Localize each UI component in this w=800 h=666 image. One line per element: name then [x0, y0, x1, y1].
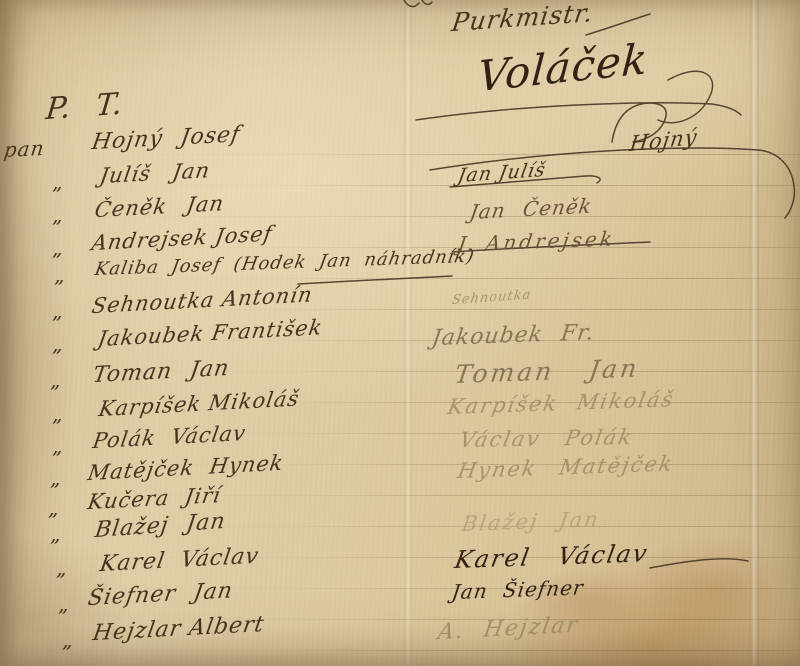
member-name: Andrejsek Josef	[90, 221, 274, 255]
ditto-mark: „	[52, 332, 63, 356]
member-signature: Václav Polák	[458, 425, 636, 452]
row-prefix: pan	[3, 136, 47, 162]
ditto-mark: „	[52, 203, 63, 227]
member-signature: Hynek Matějček	[456, 451, 676, 483]
mayor-signature: Voláček	[476, 34, 650, 102]
ditto-mark: „	[52, 170, 63, 194]
member-signature: Toman Jan	[453, 353, 641, 389]
ditto-mark: „	[52, 236, 63, 260]
member-signature: Jan Šiefner	[450, 575, 585, 604]
member-name: Karpíšek Mikoláš	[97, 386, 301, 421]
top-cut-stroke	[404, 0, 432, 7]
ruled-line	[0, 154, 800, 155]
ruled-line	[0, 650, 800, 651]
member-signature: A. Hejzlar	[436, 612, 581, 645]
volacek-loop-flourish	[658, 71, 713, 122]
ditto-mark: „	[48, 496, 59, 520]
member-name: Julíš Jan	[98, 158, 212, 188]
member-name: Polák Václav	[91, 421, 248, 453]
fold-crease	[750, 0, 759, 666]
member-name: Čeněk Jan	[93, 191, 226, 222]
member-signature: Jan Čeněk	[468, 193, 594, 224]
ditto-mark: „	[50, 522, 61, 546]
ditto-mark: „	[54, 263, 65, 287]
member-name: Matějček Hynek	[86, 451, 285, 485]
ditto-mark: „	[52, 299, 63, 323]
member-signature: J. Andrejsek	[456, 226, 616, 256]
scanned-document-page: P. T. Purkmistr. Voláček pan „ „ „ „ „ „…	[0, 0, 800, 666]
purkmistr-tail-flourish	[586, 14, 650, 35]
member-name: Hojný Josef	[90, 122, 242, 155]
ditto-mark: „	[58, 592, 69, 616]
karel-tail-flourish	[650, 559, 748, 568]
fold-crease	[404, 0, 412, 666]
member-name: Hejzlar Albert	[91, 612, 266, 646]
ditto-mark: „	[52, 402, 63, 426]
member-signature: Karel Václav	[453, 539, 651, 574]
member-signature: Blažej Jan	[460, 507, 601, 536]
ditto-mark: „	[56, 556, 67, 580]
member-signature: Jakoubek Fr.	[430, 320, 596, 351]
nahradnik-underline-flourish	[298, 276, 452, 284]
member-signature: Sehnoutka	[451, 287, 532, 308]
office-title: Purkmistr.	[450, 0, 596, 37]
member-name: Jakoubek František	[96, 315, 324, 351]
ditto-mark: „	[52, 434, 63, 458]
member-name: Toman Jan	[91, 356, 231, 388]
member-name: Karel Václav	[98, 544, 261, 578]
salutation: P. T.	[44, 86, 125, 127]
volacek-underline-flourish	[416, 103, 741, 120]
ditto-mark: „	[62, 628, 73, 652]
ditto-mark: „	[50, 368, 61, 392]
member-signature: Jan Julíš	[456, 159, 548, 187]
member-signature: Hojný	[628, 125, 699, 157]
member-name: Šiefner Jan	[86, 578, 235, 611]
member-signature: Karpíšek Mikoláš	[446, 387, 677, 419]
ditto-mark: „	[50, 466, 61, 490]
member-name: Blažej Jan	[93, 509, 227, 543]
member-name: Sehnoutka Antonín	[90, 282, 314, 318]
